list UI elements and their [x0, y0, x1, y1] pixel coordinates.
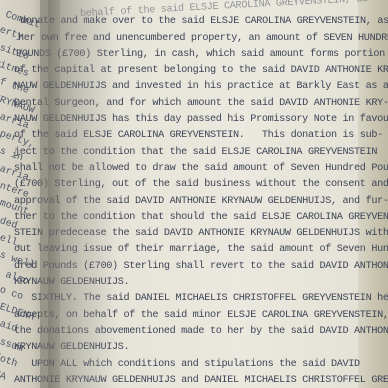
typewritten-text: behalf of the said ELSJE CAROLINA GREYVE… — [40, 0, 385, 388]
text-line: approval of the said DAVID ANTHONIE KRYN… — [14, 194, 359, 210]
text-line: (£700) Sterling, out of the said busines… — [14, 177, 359, 193]
text-line: POUNDS (£700) Sterling, in cash, which s… — [16, 47, 361, 63]
text-line: her own free and unencumbered property, … — [18, 31, 363, 47]
text-line: of the said ELSJE CAROLINA GREYVENSTEIN.… — [14, 128, 359, 144]
text-line: shall not be allowed to draw the said am… — [14, 161, 359, 177]
text-line: ther to the condition that should the sa… — [14, 210, 359, 226]
text-line: NAUW GELDENHUIJS has this day passed his… — [14, 112, 359, 128]
text-line: KRYNAUW GELDENHUIJS. — [14, 340, 359, 356]
text-line: out leaving issue of their marriage, the… — [14, 242, 359, 258]
text-line: donate and make over to the said ELSJE C… — [20, 14, 365, 30]
text-line: UPON ALL which conditions and stipulatio… — [14, 357, 359, 373]
text-line: ject to the condition that the said ELSJ… — [14, 145, 359, 161]
text-line: NAUW GELDENHUIJS and invested in his pra… — [14, 79, 359, 95]
text-line: STEIN predecease the said DAVID ANTHONIE… — [14, 226, 359, 242]
text-line: of the capital at present belonging to t… — [14, 63, 359, 79]
text-line: ANTHONIE KRYNAUW GELDENHUIJS and DANIEL … — [14, 373, 359, 388]
text-line: accepts, on behalf of the said minor ELS… — [14, 308, 359, 324]
left-page-fragment: MA — [0, 370, 7, 384]
text-line: dred Pounds (£700) Sterling shall revert… — [14, 259, 359, 275]
text-line: SIXTHLY. The said DANIEL MICHAELIS CHRIS… — [14, 291, 359, 307]
text-line: KRYNAUW GELDENHUIJS. — [14, 275, 359, 291]
text-line: Dental Surgeon, and for which amount the… — [14, 96, 359, 112]
text-line: the donations abovementioned made to her… — [14, 324, 359, 340]
